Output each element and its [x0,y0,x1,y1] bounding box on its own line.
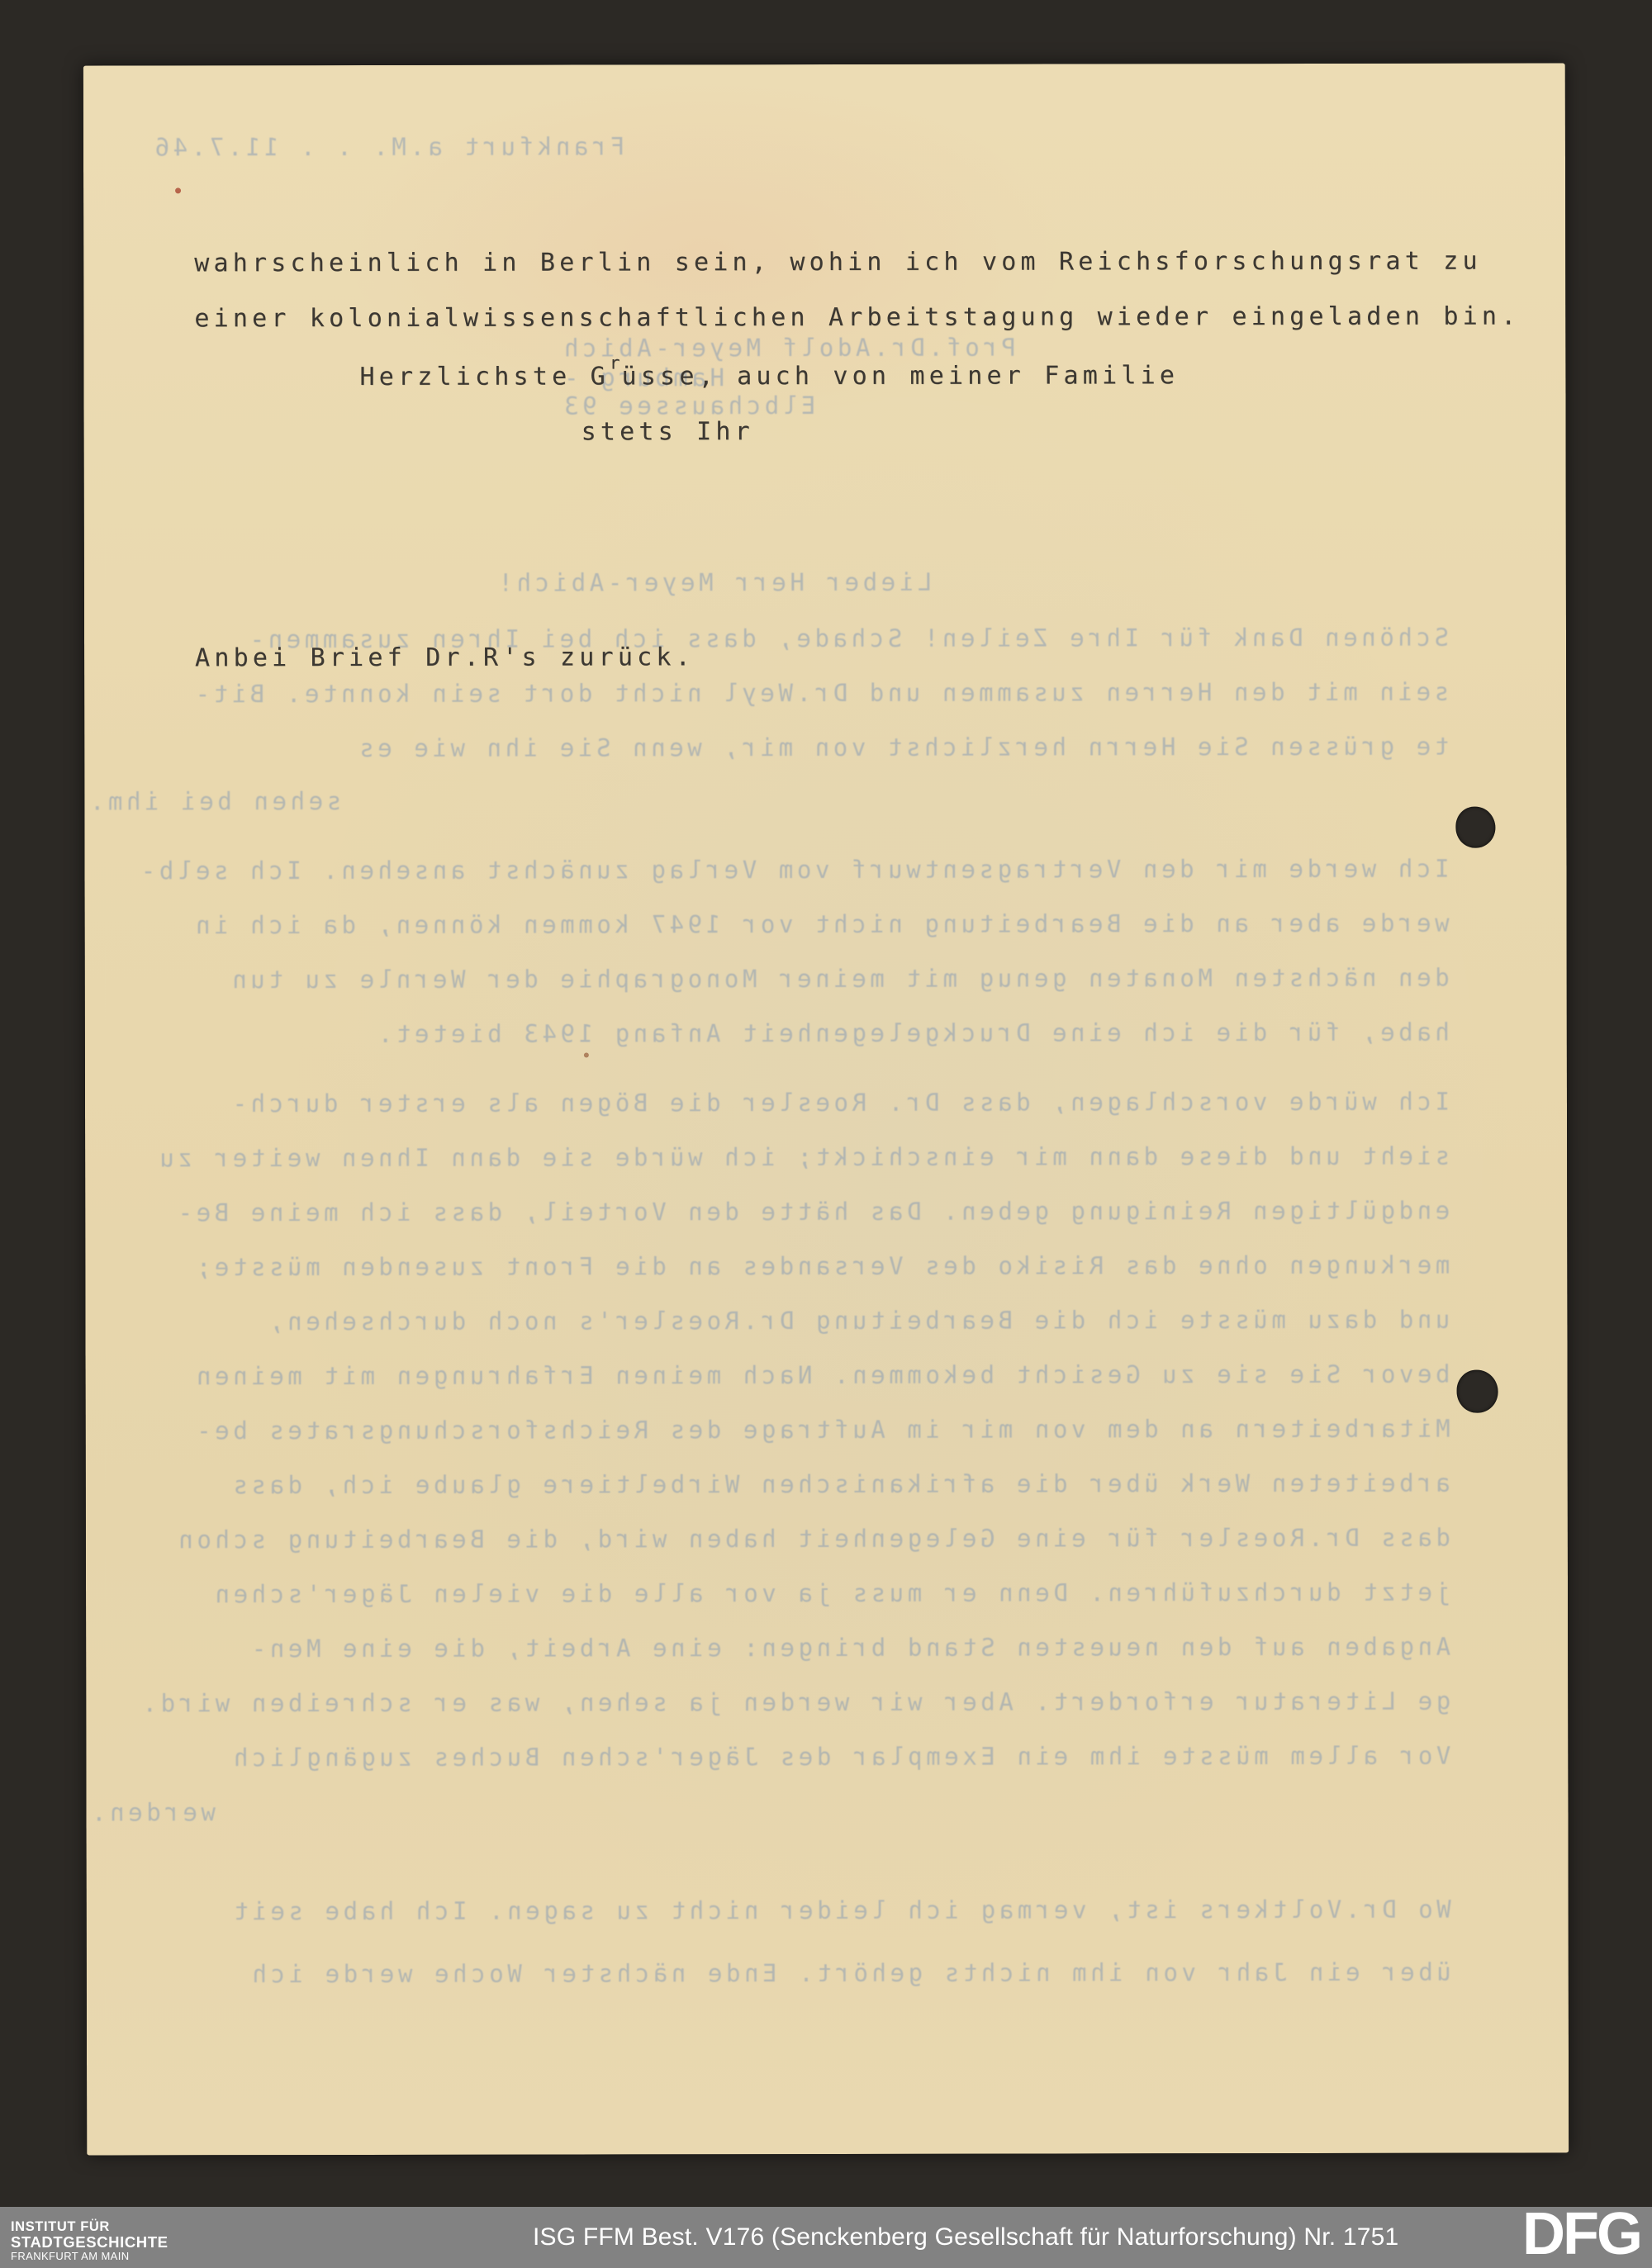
ghost-line: bevor Sie sie zu Gesicht bekommen. Nach … [88,1360,1450,1391]
paper-speck [584,1053,589,1058]
typed-line-3: Herzlichste Grüsse, auch von meiner Fami… [359,358,1179,391]
institute-line3: FRANKFURT AM MAIN [11,2251,169,2262]
ghost-line: dass Dr.Roesler für eine Gelegenheit hab… [88,1524,1450,1554]
ghost-line: Mitarbeitern an dem von mir im Auftrage … [88,1415,1450,1445]
ghost-line: Ich werde mir den Vertragsentwurf vom Ve… [86,855,1449,885]
ghost-line: Frankfurt a.M. . . 11.7.46 [151,132,625,161]
ghost-line: werden. [88,1798,215,1826]
ghost-line: endgültigen Reinigung geben. Das hätte d… [87,1197,1450,1227]
typed-line-2: einer kolonialwissenschaftlichen Arbeits… [194,302,1520,334]
institute-line2: STADTGESCHICHTE [11,2234,169,2251]
archive-footer-bar: INSTITUT FÜR STADTGESCHICHTE FRANKFURT A… [0,2207,1652,2268]
ghost-line: Lieber Herr Meyer-Abich! [495,568,932,597]
typed-line-3-superscript-r: r [610,353,622,372]
ghost-line: merkungen ohne das Risiko des Versandes … [87,1251,1450,1282]
typed-line-3-pre: Herzlichste G [359,362,609,391]
ghost-line: ge Literatur erfordert. Aber wir werden … [88,1687,1450,1718]
ghost-line: Ich würde vorschlagen, dass Dr. Roesler … [87,1088,1450,1118]
ghost-line: Angaben auf den neuesten Stand bringen: … [88,1633,1450,1663]
ghost-line: über ein Jahr von ihm nichts gehört. End… [88,1958,1451,1989]
ghost-line: arbeiteten Werk über die afrikanischen W… [88,1469,1450,1500]
punch-hole-bottom [1457,1370,1498,1413]
ghost-line: Prof.Dr.Adolf Meyer-Abich [560,334,1016,363]
ghost-line: habe, für die ich eine Druckgelegenheit … [87,1018,1450,1049]
ghost-line: Vor allem müsste ihm ein Exemplar des Jä… [88,1742,1450,1772]
archive-reference: ISG FFM Best. V176 (Senckenberg Gesellsc… [533,2223,1398,2251]
ghost-line: te grüssen Sie Herrn herzlichst von mir,… [86,733,1449,763]
ghost-line: sein mit den Herren zusammen und Dr.Weyl… [86,678,1449,709]
punch-hole-top [1455,807,1495,848]
institute-line1: INSTITUT FÜR [11,2220,169,2234]
typed-line-1: wahrscheinlich in Berlin sein, wohin ich… [194,247,1482,278]
ghost-line: werde aber an die Bearbeitung nicht vor … [87,909,1450,940]
dfg-logo: DFG [1522,2204,1640,2265]
ghost-line: jetzt durchzuführen. Denn er muss ja vor… [88,1578,1450,1609]
typed-line-5: Anbei Brief Dr.R's zurück. [195,643,695,672]
ghost-line: den nächsten Monaten genug mit meiner Mo… [87,964,1450,994]
ghost-line: sehen bei ihm. [86,787,341,816]
institute-logo: INSTITUT FÜR STADTGESCHICHTE FRANKFURT A… [11,2220,169,2262]
ghost-line: und dazu müsste ich die Bearbeitung Dr.R… [87,1306,1450,1336]
ghost-line: Wo Dr.Voltkers ist, vermag ich leider ni… [88,1896,1451,1926]
ghost-line: sieht und diese dann mir einschickt; ich… [87,1142,1450,1173]
typed-line-3-post: üsse, auch von meiner Familie [621,361,1179,391]
paper-speck [175,187,181,193]
letter-page: Frankfurt a.M. . . 11.7.46 Prof.Dr.Adolf… [83,63,1569,2155]
ghost-line: Elbchaussee 93 [560,391,815,420]
scan-canvas: { "document": { "typed": { "line1": "wah… [0,0,1652,2268]
typed-line-4: stets Ihr [582,417,754,446]
